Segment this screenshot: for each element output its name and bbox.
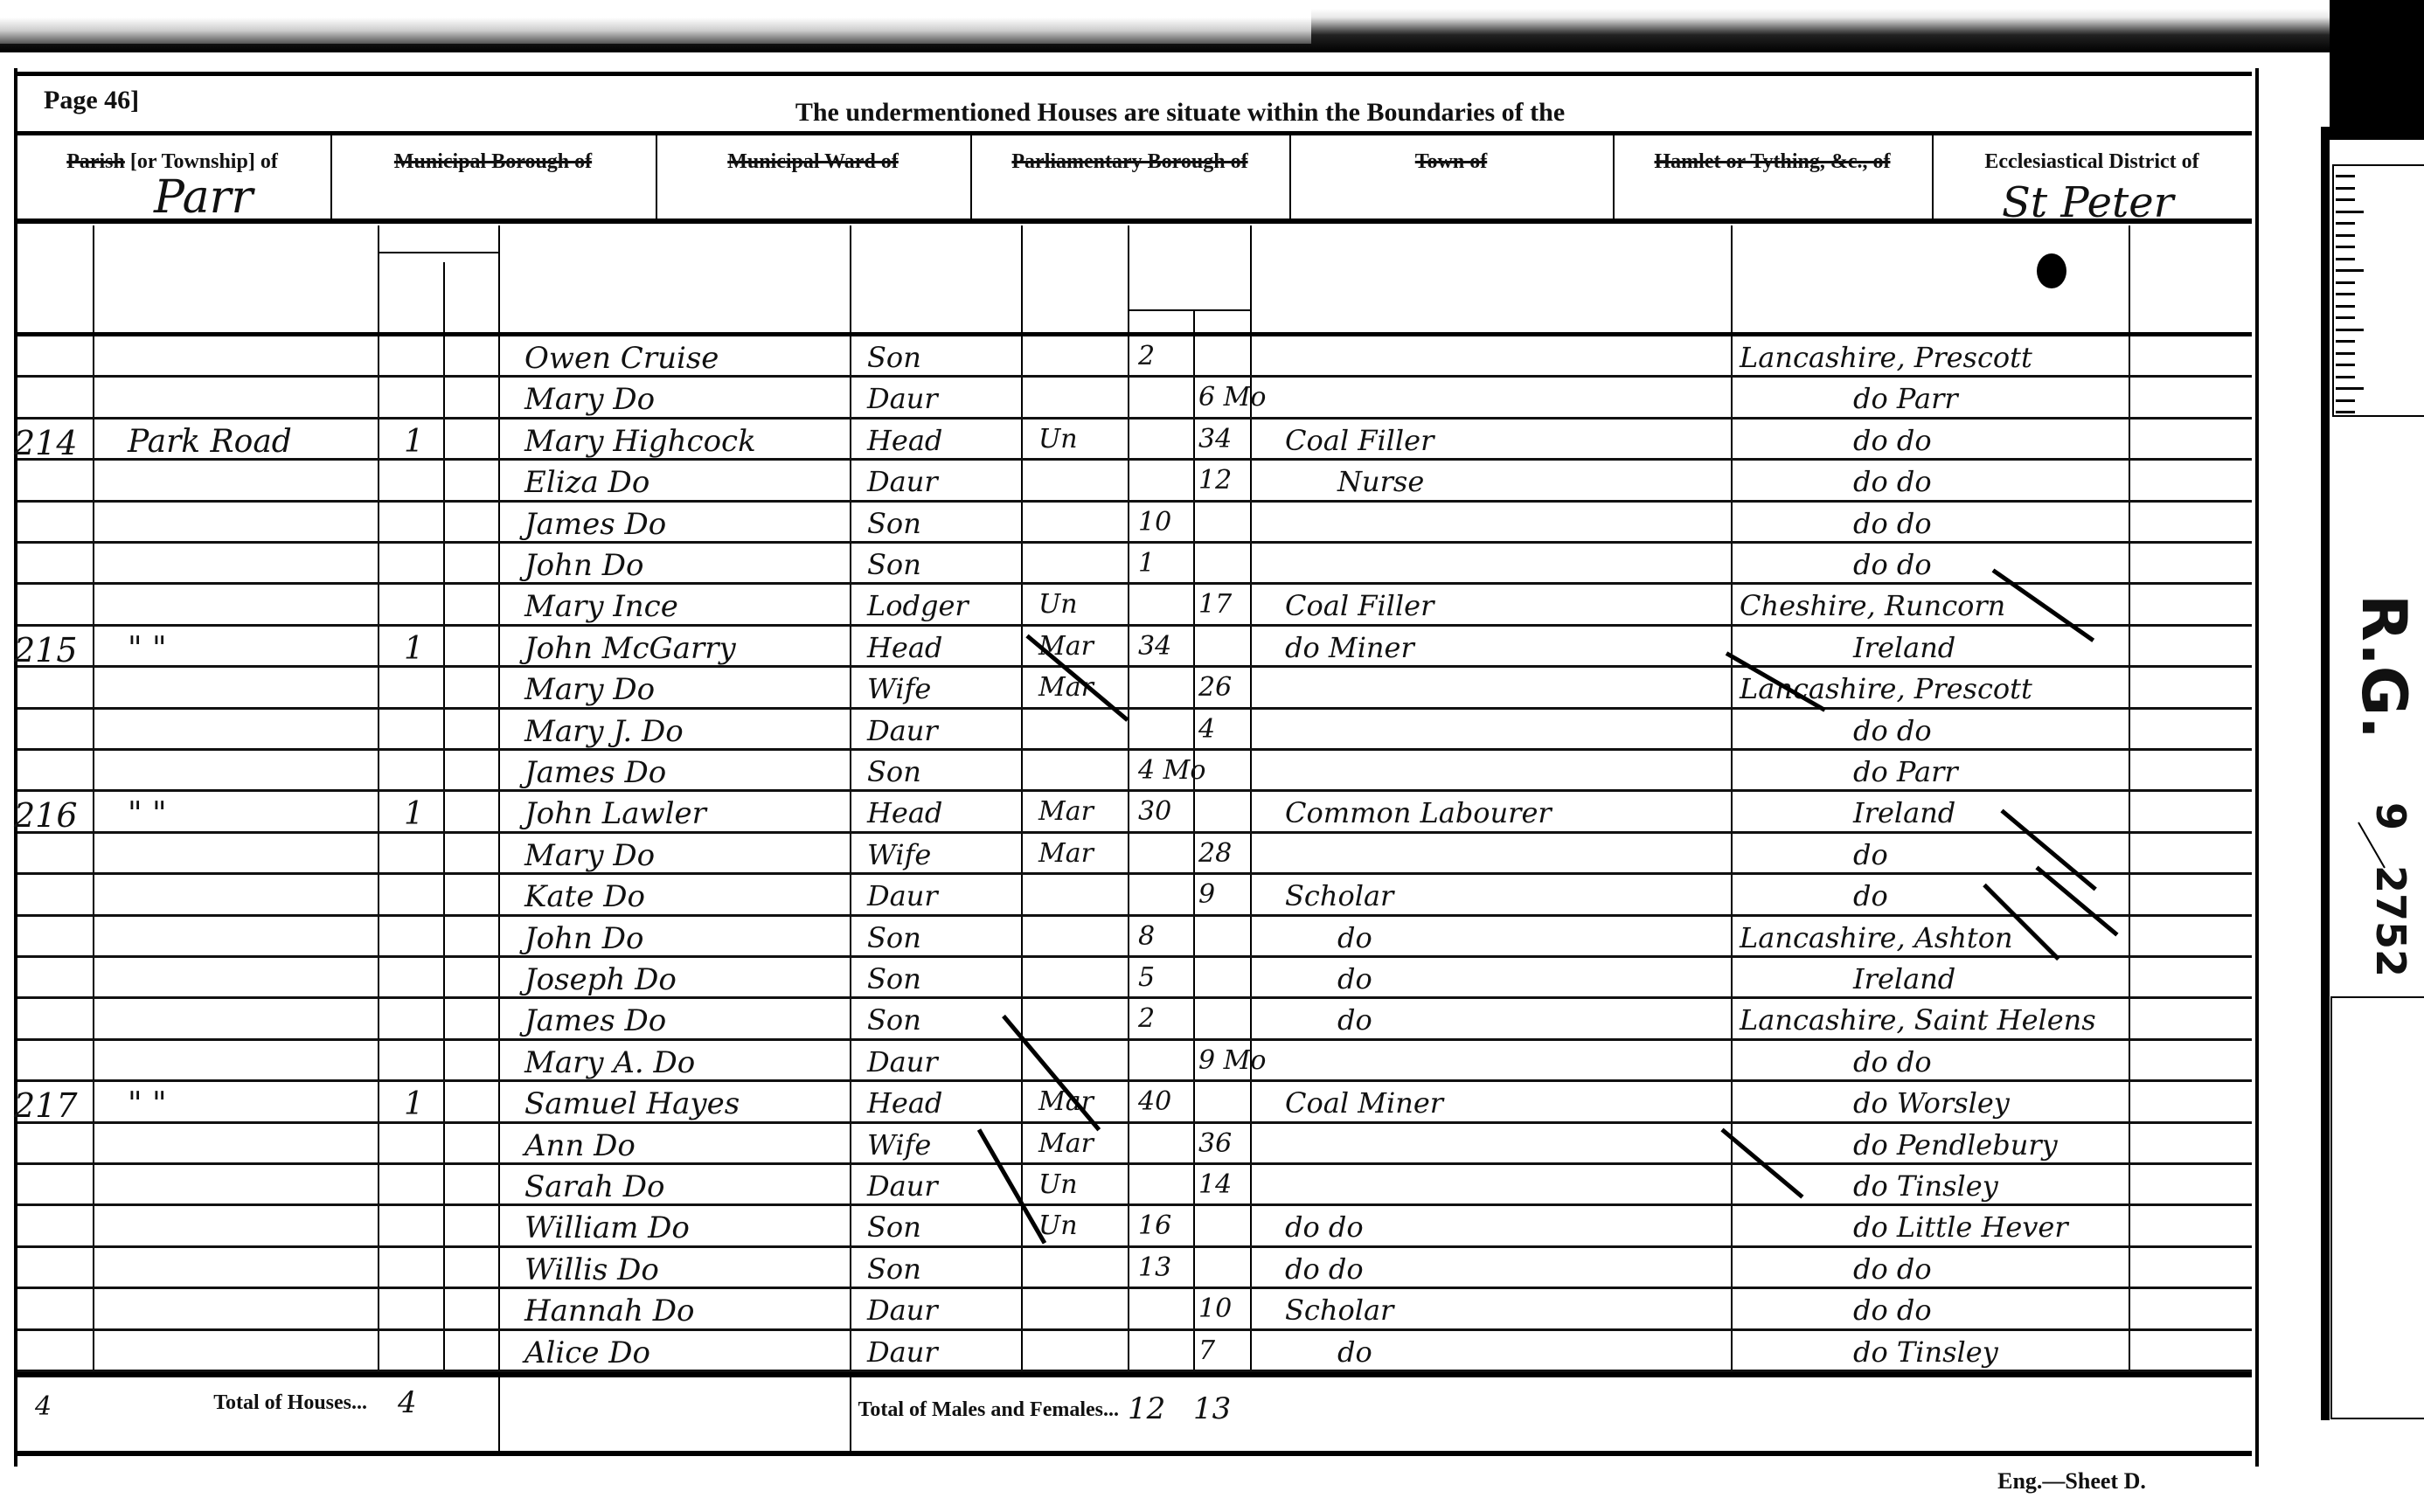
cell-name: Hannah Do	[524, 1296, 694, 1326]
row-rule	[17, 417, 2252, 420]
cell-occ: do	[1337, 965, 1372, 993]
sheet-footer: Eng.—Sheet D.	[1967, 1468, 2177, 1495]
cell-inh: 1	[404, 634, 424, 665]
cell-rel: Son	[867, 1213, 921, 1241]
row-rule	[17, 707, 2252, 710]
ruler-tick	[2336, 376, 2355, 378]
reference-class: R.G.	[2348, 594, 2420, 739]
ruler-tick	[2336, 198, 2355, 201]
reference-number: 2752	[2367, 865, 2414, 977]
ruler-tick	[2336, 293, 2355, 295]
cell-name: Mary Ince	[524, 592, 678, 621]
column-divider	[498, 225, 500, 334]
cell-occ: do	[1337, 924, 1372, 952]
cell-road: " "	[128, 799, 167, 830]
cell-born: Ireland	[1853, 799, 1955, 827]
cell-rel: Son	[867, 1006, 921, 1034]
cell-f: 26	[1198, 675, 1232, 701]
cell-name: Samuel Hayes	[524, 1089, 740, 1119]
cell-born: do do	[1853, 1255, 1932, 1283]
cell-rel: Wife	[867, 841, 931, 869]
row-rule	[17, 955, 2252, 958]
cell-name: John Lawler	[524, 799, 706, 829]
cell-cond: Un	[1038, 592, 1078, 618]
boundary-value: Parr	[154, 175, 253, 220]
cell-cond: Un	[1038, 1172, 1078, 1198]
cell-name: James Do	[524, 758, 666, 787]
cell-occ: do do	[1285, 1213, 1364, 1241]
column-divider	[93, 336, 94, 1372]
row-rule	[17, 458, 2252, 461]
row-rule	[17, 789, 2252, 792]
cell-cond: Mar	[1038, 1131, 1094, 1157]
column-divider	[1193, 336, 1195, 1372]
cell-cond: Mar	[1038, 799, 1094, 825]
column-divider	[498, 336, 500, 1451]
cell-name: Joseph Do	[524, 965, 677, 995]
cell-born: do do	[1853, 427, 1932, 454]
boundary-label: Town of	[1295, 150, 1608, 175]
cell-schedule: 216	[14, 799, 78, 832]
cell-m: 8	[1138, 924, 1155, 950]
cell-name: John Do	[524, 551, 643, 580]
cell-name: Sarah Do	[524, 1172, 665, 1202]
scan-corner-shadow	[2330, 0, 2424, 140]
boundary-divider	[330, 135, 332, 218]
row-rule	[17, 624, 2252, 627]
boundary-value: St Peter	[2002, 182, 2174, 224]
cell-name: Mary Do	[524, 675, 655, 704]
row-rule	[17, 872, 2252, 875]
cell-m: 16	[1138, 1213, 1171, 1239]
cell-born: Cheshire, Runcorn	[1740, 592, 2005, 620]
ruler-tick	[2336, 364, 2355, 366]
cell-rel: Daur	[867, 1048, 938, 1076]
cell-rel: Son	[867, 924, 921, 952]
cell-f: 9	[1198, 882, 1215, 908]
cell-occ: Nurse	[1337, 468, 1424, 496]
ruler-tick	[2336, 234, 2355, 237]
scale-ruler	[2332, 164, 2424, 417]
boundary-divider	[1613, 135, 1615, 218]
boundary-divider	[1932, 135, 1934, 218]
column-divider	[2129, 336, 2130, 1372]
cell-born: do Little Hever	[1853, 1213, 2068, 1241]
cell-rel: Daur	[867, 468, 938, 496]
cell-occ: Scholar	[1285, 882, 1393, 910]
cell-name: Alice Do	[524, 1338, 650, 1368]
boundary-label: Ecclesiastical District of	[1937, 150, 2247, 175]
row-rule	[17, 831, 2252, 834]
row-rule	[17, 1162, 2252, 1165]
cell-road: " "	[128, 1089, 167, 1120]
cell-occ: do	[1337, 1338, 1372, 1366]
cell-rel: Son	[867, 551, 921, 579]
boundary-label: Parliamentary Borough of	[976, 150, 1284, 175]
cell-cond: Un	[1038, 427, 1078, 453]
cell-born: do Parr	[1853, 758, 1958, 786]
ruler-tick	[2336, 258, 2355, 260]
cell-born: do Tinsley	[1853, 1338, 1998, 1366]
boundary-label: Municipal Ward of	[661, 150, 965, 175]
row-rule	[17, 996, 2252, 999]
cell-m: 5	[1138, 965, 1155, 991]
column-divider	[1250, 336, 1252, 1372]
ruler-tick	[2336, 340, 2355, 343]
row-rule	[17, 1121, 2252, 1124]
cell-cond: Un	[1038, 1213, 1078, 1239]
cell-born: do Tinsley	[1853, 1172, 1998, 1200]
ruler-tick	[2336, 305, 2355, 308]
cell-road: Park Road	[128, 427, 292, 458]
ruler-tick	[2336, 329, 2364, 331]
row-rule	[17, 1287, 2252, 1289]
cell-rel: Daur	[867, 385, 938, 413]
row-rule	[17, 914, 2252, 917]
cell-occ: Coal Filler	[1285, 427, 1434, 454]
row-rule	[17, 582, 2252, 585]
total-males: 12	[1128, 1394, 1165, 1424]
cell-born: Ireland	[1853, 965, 1955, 993]
ruler-tick	[2336, 175, 2355, 177]
cell-f: 10	[1198, 1296, 1232, 1322]
cell-name: John Do	[524, 924, 643, 954]
page-number: Page 46]	[44, 86, 139, 116]
cell-f: 17	[1198, 592, 1232, 618]
cell-m: 1	[1138, 551, 1155, 577]
cell-f: 28	[1198, 841, 1232, 867]
cell-rel: Wife	[867, 675, 931, 703]
cell-born: do	[1853, 882, 1888, 910]
column-divider	[2129, 225, 2130, 334]
cell-name: James Do	[524, 1006, 666, 1036]
cell-f: 9 Mo	[1198, 1048, 1266, 1074]
cell-m: 4 Mo	[1138, 758, 1205, 784]
column-divider	[1250, 225, 1252, 334]
row-rule	[17, 1245, 2252, 1248]
cell-rel: Daur	[867, 1338, 938, 1366]
cell-born: do do	[1853, 510, 1932, 538]
cell-rel: Head	[867, 799, 942, 827]
cell-born: do do	[1853, 717, 1932, 745]
total-houses-label: Total of Houses...	[166, 1391, 367, 1416]
cell-rel: Daur	[867, 717, 938, 745]
cell-f: 6 Mo	[1198, 385, 1266, 411]
column-divider	[443, 262, 445, 334]
column-divider	[850, 225, 851, 334]
cell-born: Lancashire, Prescott	[1740, 343, 2032, 371]
cell-rel: Son	[867, 1255, 921, 1283]
row-rule	[17, 665, 2252, 668]
cell-name: Kate Do	[524, 882, 645, 912]
cell-occ: do	[1337, 1006, 1372, 1034]
cell-rel: Son	[867, 510, 921, 538]
cell-schedule: 217	[14, 1089, 78, 1122]
ruler-tick	[2336, 211, 2364, 213]
cell-name: James Do	[524, 510, 666, 539]
ruler-tick	[2336, 246, 2355, 248]
cell-m: 13	[1138, 1255, 1171, 1281]
cell-born: do do	[1853, 468, 1932, 496]
cell-m: 30	[1138, 799, 1171, 825]
row-rule	[17, 1203, 2252, 1206]
cell-occ: do do	[1285, 1255, 1364, 1283]
cell-occ: do Miner	[1285, 634, 1414, 662]
column-divider	[378, 225, 379, 334]
total-females: 13	[1193, 1394, 1231, 1424]
struck-word: Parish	[66, 150, 125, 173]
schedule-total-mark: 4	[35, 1394, 52, 1420]
cell-born: do Worsley	[1853, 1089, 2010, 1117]
cell-m: 2	[1138, 1006, 1155, 1032]
cell-born: Ireland	[1853, 634, 1955, 662]
cell-inh: 1	[404, 427, 424, 458]
column-divider	[1128, 225, 1129, 334]
cell-rel: Daur	[867, 1296, 938, 1324]
cell-name: Mary Do	[524, 841, 655, 870]
cell-rel: Head	[867, 634, 942, 662]
column-divider	[1021, 225, 1023, 334]
cell-f: 12	[1198, 468, 1232, 494]
total-houses-value: 4	[398, 1388, 417, 1418]
boundary-row-bottom	[14, 218, 2252, 224]
boundary-divider	[656, 135, 657, 218]
cell-inh: 1	[404, 1089, 424, 1120]
cell-name: William Do	[524, 1213, 690, 1243]
column-divider	[850, 336, 851, 1451]
cell-f: 4	[1198, 717, 1215, 743]
ruler-tick	[2336, 399, 2355, 402]
cell-occ: Coal Filler	[1285, 592, 1434, 620]
column-divider	[1128, 336, 1129, 1372]
cell-m: 2	[1138, 343, 1155, 370]
boundary-divider	[1289, 135, 1291, 218]
ruler-tick	[2336, 281, 2355, 284]
ruler-tick	[2336, 352, 2355, 355]
row-rule	[17, 541, 2252, 544]
ink-blot	[2037, 253, 2066, 288]
cell-road: " "	[128, 634, 167, 665]
copyright-notice	[2330, 996, 2424, 1419]
ruler-tick	[2336, 387, 2364, 390]
cell-f: 14	[1198, 1172, 1232, 1198]
cell-m: 40	[1138, 1089, 1171, 1115]
cell-born: Lancashire, Saint Helens	[1740, 1006, 2096, 1034]
cell-born: do Pendlebury	[1853, 1131, 2058, 1159]
column-divider	[1731, 225, 1733, 334]
row-rule	[17, 500, 2252, 503]
row-rule	[17, 748, 2252, 751]
cell-name: Willis Do	[524, 1255, 659, 1285]
column-divider	[443, 336, 445, 1372]
cell-name: Mary J. Do	[524, 717, 684, 746]
cell-name: Eliza Do	[524, 468, 649, 497]
sheet-bottom	[14, 1451, 2252, 1456]
scan-top-fade	[0, 0, 1311, 44]
cell-rel: Daur	[867, 882, 938, 910]
cell-m: 34	[1138, 634, 1171, 660]
cell-rel: Son	[867, 343, 921, 371]
cell-name: Mary Do	[524, 385, 655, 414]
cell-rel: Wife	[867, 1131, 931, 1159]
cell-f: 36	[1198, 1131, 1232, 1157]
cell-rel: Lodger	[867, 592, 969, 620]
cell-born: do Parr	[1853, 385, 1958, 413]
cell-m: 10	[1138, 510, 1171, 536]
cell-name: John McGarry	[524, 634, 736, 663]
cell-born: Lancashire, Ashton	[1740, 924, 2013, 952]
column-divider	[93, 225, 94, 334]
column-divider	[1021, 336, 1023, 1372]
boundary-label: Hamlet or Tything, &c., of	[1618, 150, 1927, 175]
boundary-label: Municipal Borough of	[336, 150, 650, 175]
ruler-tick	[2336, 411, 2355, 413]
total-persons-label: Total of Males and Females...	[769, 1398, 1119, 1423]
cell-cond: Mar	[1038, 841, 1094, 867]
cell-born: do do	[1853, 551, 1932, 579]
cell-born: do do	[1853, 1048, 1932, 1076]
cell-name: Mary Highcock	[524, 427, 756, 456]
cell-occ: Common Labourer	[1285, 799, 1552, 827]
header-bottom	[14, 332, 2252, 336]
cell-name: Ann Do	[524, 1131, 636, 1161]
column-divider	[1731, 336, 1733, 1372]
cell-schedule: 214	[14, 427, 78, 460]
ruler-tick	[2336, 269, 2364, 272]
ruler-tick	[2336, 222, 2355, 225]
cell-rel: Daur	[867, 1172, 938, 1200]
totals-top	[14, 1372, 2252, 1377]
cell-schedule: 215	[14, 634, 78, 667]
houses-underline	[378, 252, 498, 253]
boundary-row-top	[14, 131, 2252, 135]
cell-rel: Son	[867, 965, 921, 993]
ruler-tick	[2336, 187, 2355, 190]
row-rule	[17, 1038, 2252, 1041]
cell-name: Owen Cruise	[524, 343, 719, 373]
row-rule	[17, 1079, 2252, 1082]
cell-rel: Head	[867, 1089, 942, 1117]
page-title: The undermentioned Houses are situate wi…	[612, 98, 1748, 128]
cell-f: 34	[1198, 427, 1232, 453]
boundary-divider	[970, 135, 972, 218]
reference-piece: 9	[2367, 802, 2414, 830]
cell-f: 7	[1198, 1338, 1215, 1364]
cell-name: Mary A. Do	[524, 1048, 695, 1078]
cell-occ: Scholar	[1285, 1296, 1393, 1324]
column-divider	[378, 336, 379, 1372]
ruler-tick	[2336, 316, 2355, 319]
age-underline	[1128, 309, 1250, 311]
row-rule	[17, 1328, 2252, 1331]
top-border	[14, 72, 2252, 76]
cell-born: do do	[1853, 1296, 1932, 1324]
row-rule	[17, 375, 2252, 378]
column-divider	[1193, 311, 1195, 334]
cell-inh: 1	[404, 799, 424, 830]
cell-occ: Coal Miner	[1285, 1089, 1443, 1117]
cell-rel: Head	[867, 427, 942, 454]
cell-rel: Son	[867, 758, 921, 786]
cell-born: do	[1853, 841, 1888, 869]
